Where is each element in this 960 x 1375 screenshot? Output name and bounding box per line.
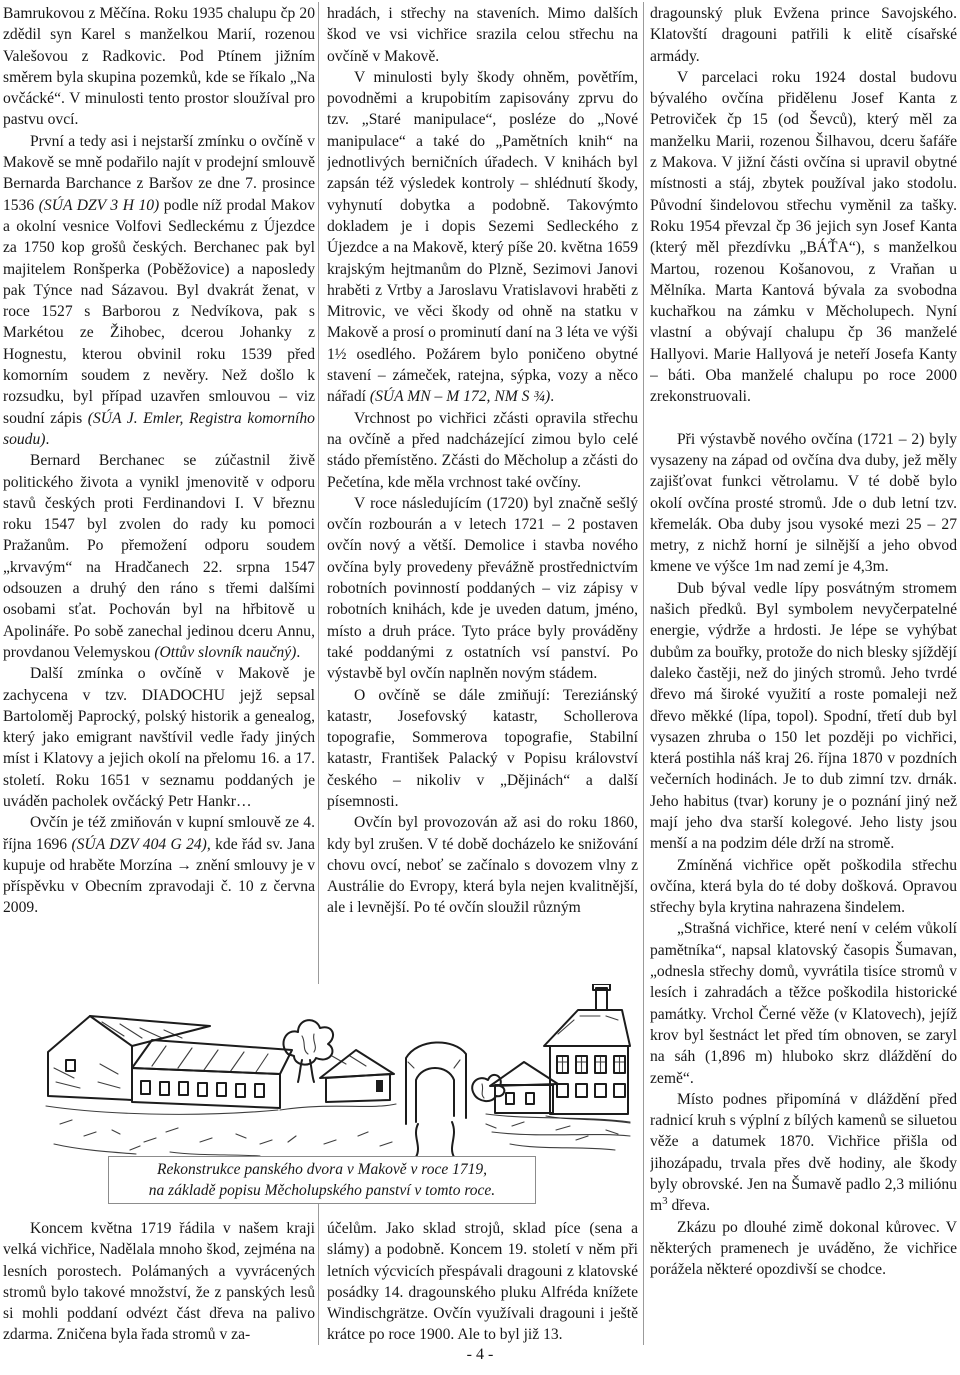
document-page: Bamrukovou z Měčína. Roku 1935 chalupu č… [0,0,960,1375]
figure-caption: Rekonstrukce panského dvora v Makově v r… [108,1156,536,1204]
paragraph: Místo podnes připomíná v dláždění před r… [650,1089,957,1217]
paragraph: „Strašná vichřice, které není v celém vů… [650,918,957,1088]
paragraph: Ovčín je též zmiňován v kupní smlouvě ze… [3,812,315,918]
figure-caption-line2: na základě popisu Měcholupského panství … [119,1180,525,1201]
paragraph: Ovčín byl provozován až asi do roku 1860… [327,812,638,918]
column-2-bottom: účelům. Jako sklad strojů, sklad píce (s… [327,1218,638,1350]
paragraph: dragounský pluk Evžena prince Savojského… [650,3,957,67]
paragraph: Bernard Berchanec se zúčastnil živě poli… [3,450,315,663]
paragraph: Při výstavbě nového ovčína (1721 – 2) by… [650,429,957,578]
paragraph: V roce následujícím (1720) byl značně se… [327,493,638,685]
page-number: - 4 - [320,1346,640,1364]
paragraph: Koncem května 1719 řádila v našem kraji … [3,1218,315,1346]
figure-caption-line1: Rekonstrukce panského dvora v Makově v r… [119,1159,525,1180]
paragraph: O ovčíně se dále zmiňují: Tereziánský ka… [327,685,638,813]
paragraph: První a tedy asi i nejstarší zmínku o ov… [3,131,315,450]
column-3: dragounský pluk Evžena prince Savojského… [650,3,957,1371]
paragraph: Dub býval vedle lípy posvátným stromem n… [650,578,957,855]
paragraph: Bamrukovou z Měčína. Roku 1935 chalupu č… [3,3,315,131]
paragraph: Zmíněná vichřice opět poškodila střechu … [650,855,957,919]
paragraph: V parcelaci roku 1924 dostal budovu býva… [650,67,957,408]
farmstead-drawing-icon [40,984,632,1158]
column-2-top: hradách, i střechy na staveních. Mimo da… [327,3,638,983]
paragraph: Další zmínka o ovčíně v Makově je zachyc… [3,663,315,812]
paragraph: Vrchnost po vichřici zčásti opravila stř… [327,408,638,493]
paragraph: účelům. Jako sklad strojů, sklad píce (s… [327,1218,638,1346]
paragraph: V minulosti byly škody ohněm, povětřím, … [327,67,638,408]
column-divider [643,2,644,1345]
column-1-top: Bamrukovou z Měčína. Roku 1935 chalupu č… [3,3,315,983]
figure-farmstead [40,984,632,1158]
paragraph: Zkázu po dlouhé zimě dokonal kůrovec. V … [650,1217,957,1281]
column-1-bottom: Koncem května 1719 řádila v našem kraji … [3,1218,315,1370]
paragraph: hradách, i střechy na staveních. Mimo da… [327,3,638,67]
